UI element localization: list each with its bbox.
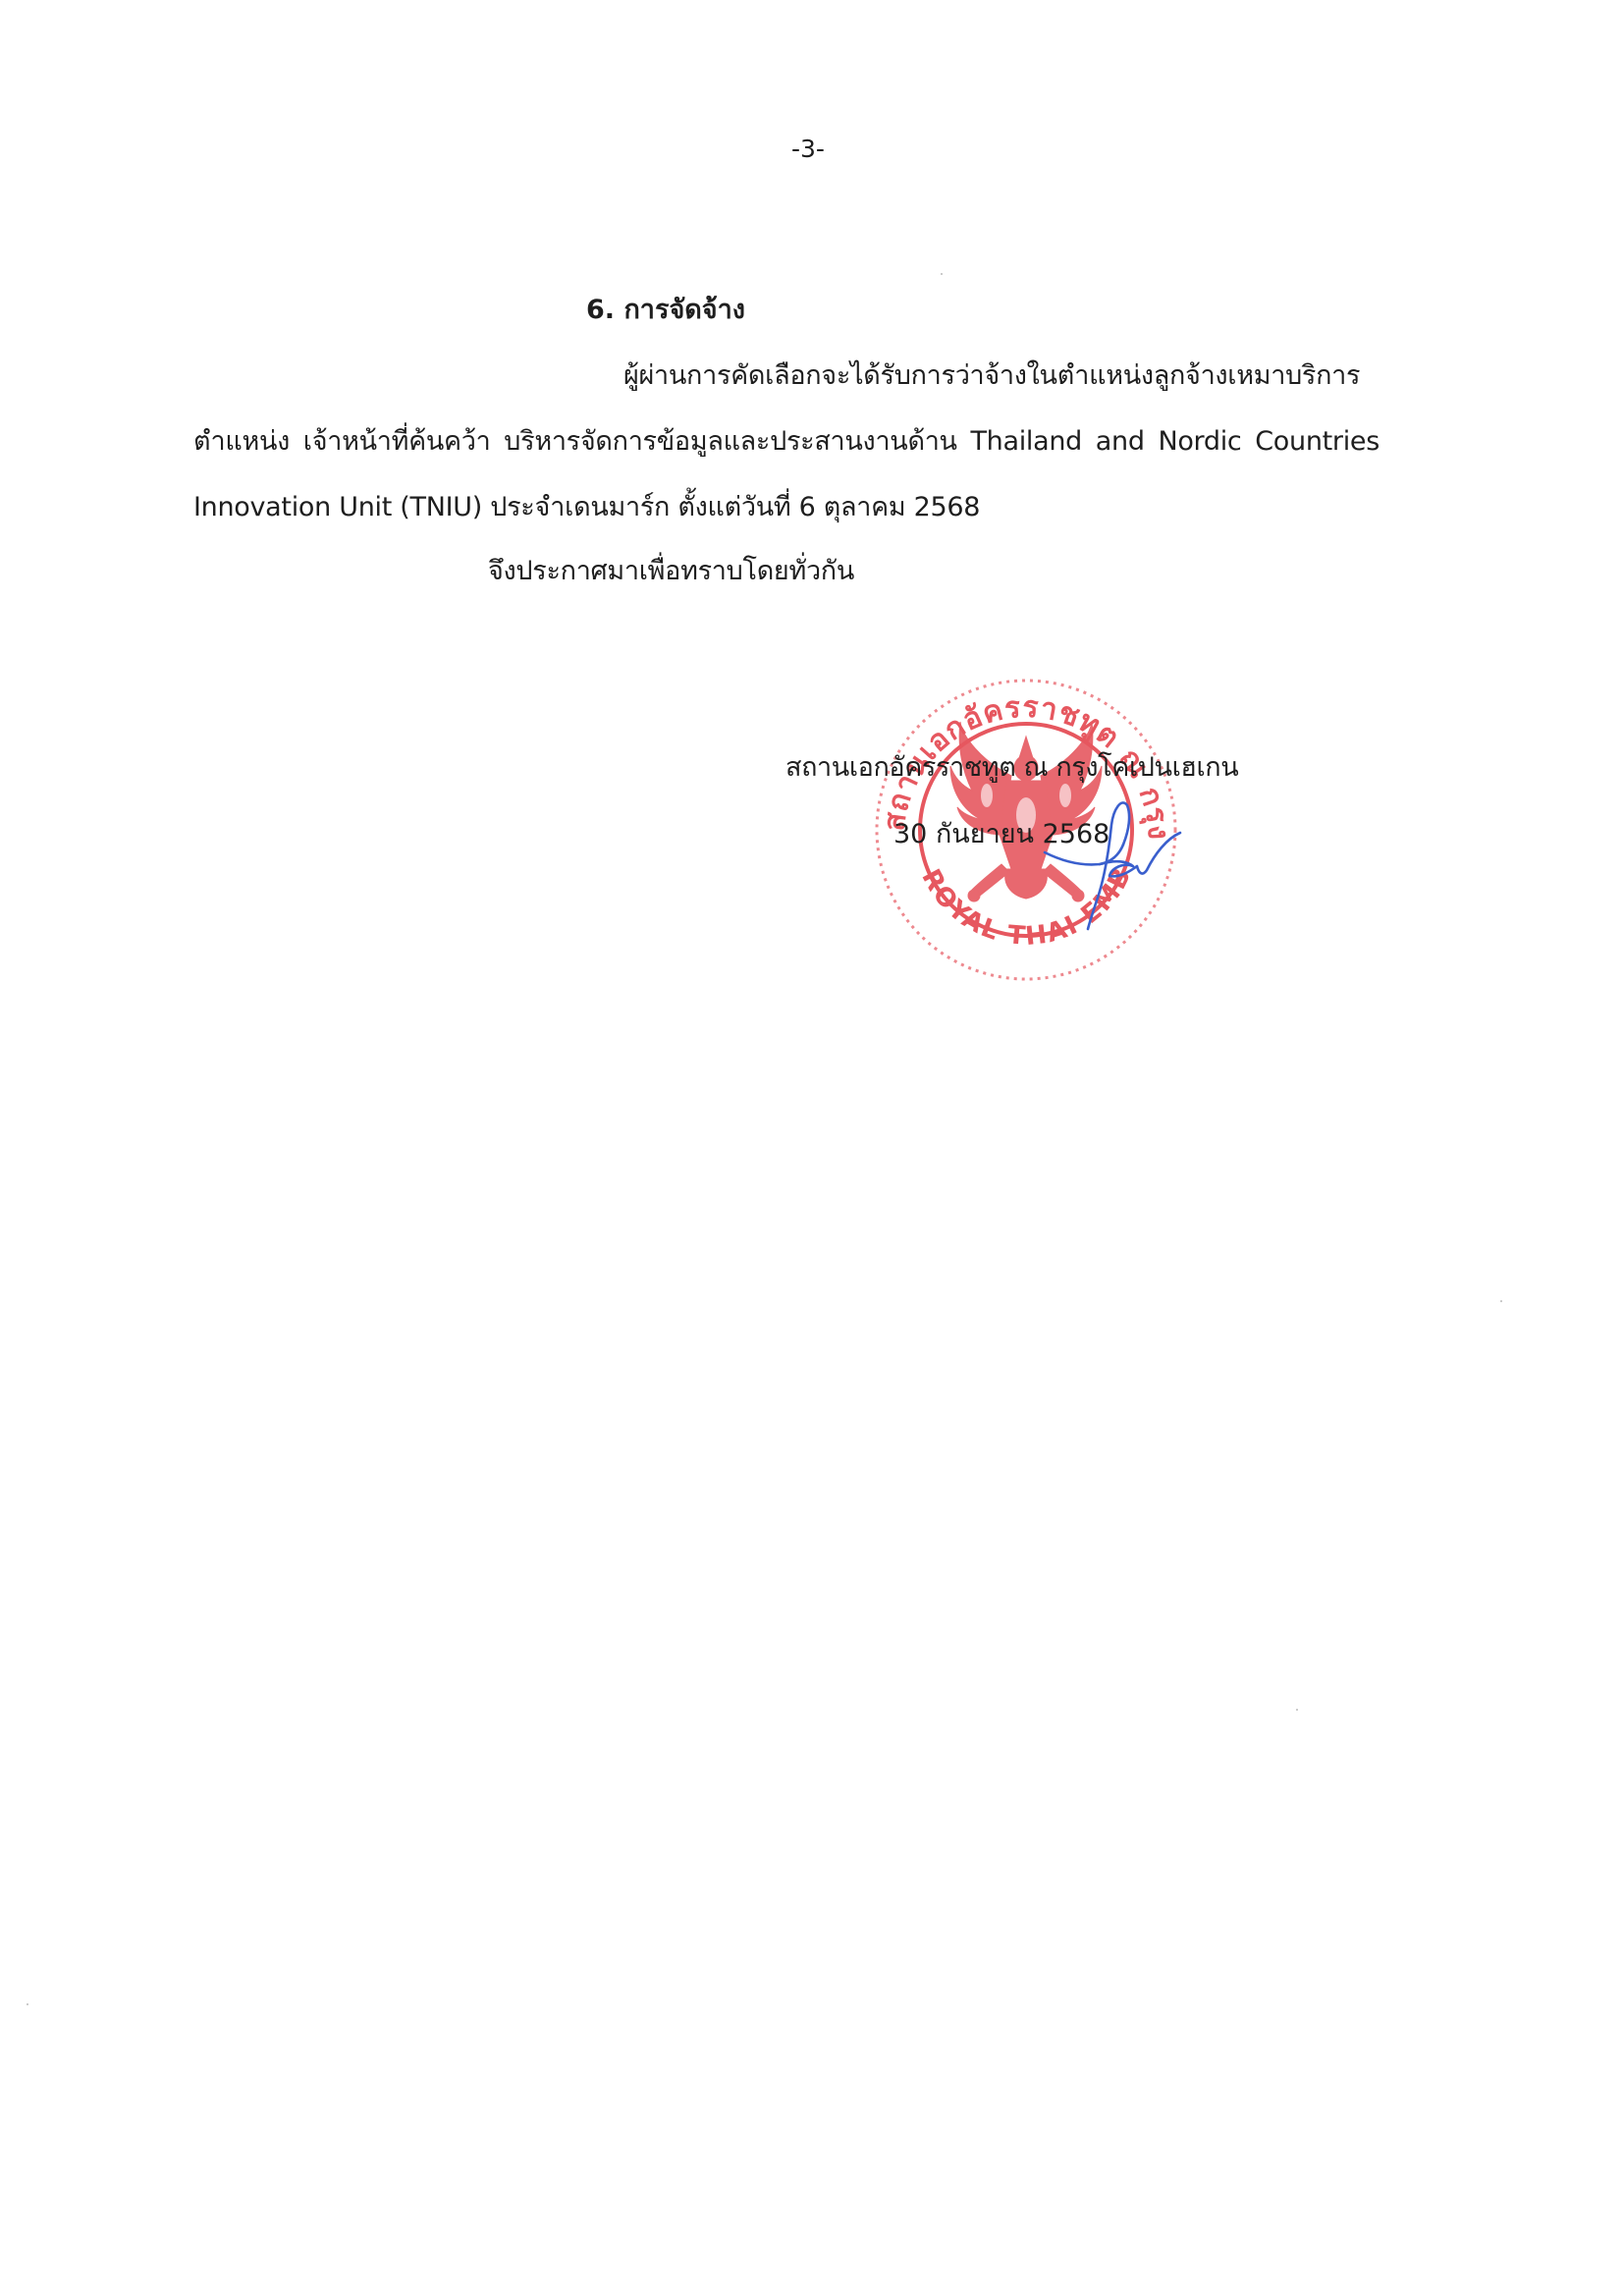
issuer-name: สถานเอกอัครราชทูต ณ กรุงโคเปนเฮเกน	[785, 748, 1238, 788]
scan-speck	[1500, 1300, 1502, 1302]
handwritten-signature-icon	[1041, 795, 1217, 933]
paragraph-line: ตำแหน่ง เจ้าหน้าที่ค้นคว้า บริหารจัดการข…	[193, 422, 1380, 462]
announcement-text: จึงประกาศมาเพื่อทราบโดยทั่วกัน	[488, 552, 854, 591]
paragraph-line: Innovation Unit (TNIU) ประจำเดนมาร์ก ตั้…	[193, 488, 980, 527]
scan-speck	[1296, 1709, 1298, 1711]
scan-speck	[27, 2003, 28, 2005]
section-heading: 6. การจัดจ้าง	[586, 291, 745, 330]
document-page: -3- 6. การจัดจ้าง ผู้ผ่านการคัดเลือกจะได…	[0, 0, 1623, 2296]
scan-speck	[941, 273, 943, 275]
paragraph-line: ผู้ผ่านการคัดเลือกจะได้รับการว่าจ้างในตำ…	[623, 356, 1380, 396]
page-number: -3-	[791, 130, 825, 169]
